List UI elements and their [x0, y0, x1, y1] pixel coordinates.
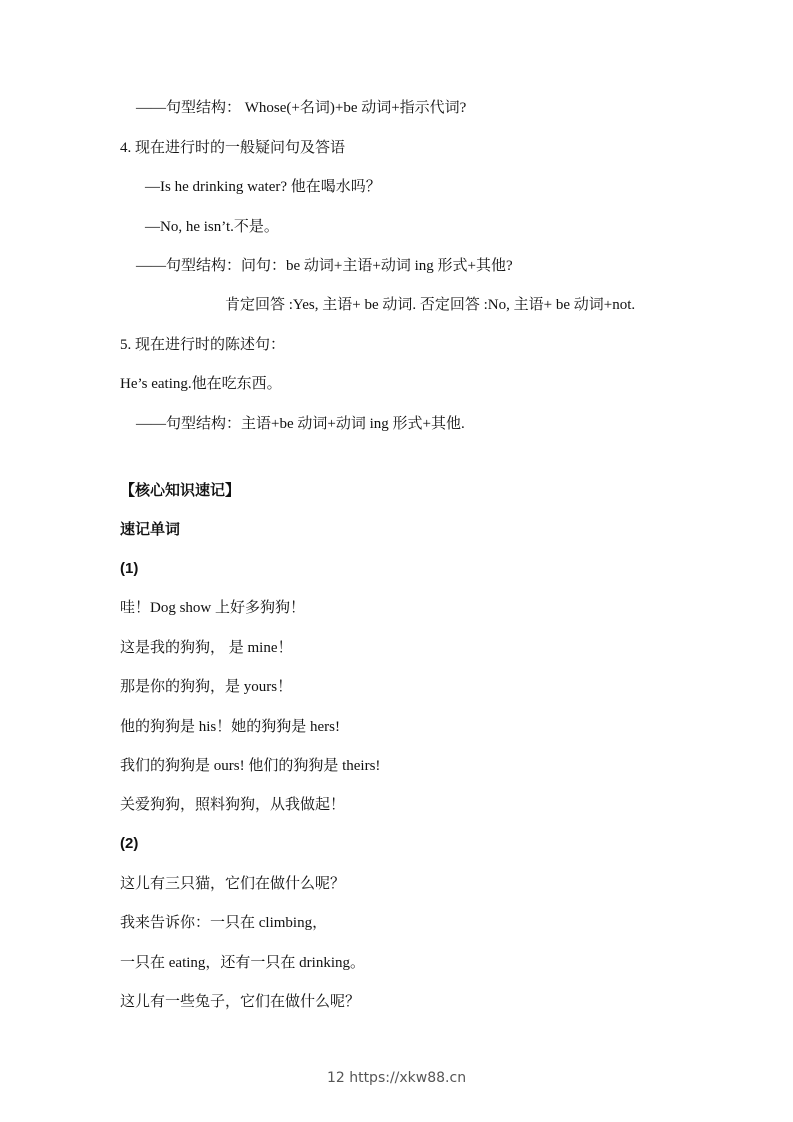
sentence-structure-statement: ——句型结构：主语+be 动词+动词 ing 形式+其他. [136, 414, 465, 434]
sentence-structure-question: ——句型结构：问句：be 动词+主语+动词 ing 形式+其他? [136, 256, 513, 276]
part-2-label: (2) [120, 834, 138, 854]
section-subheader: 速记单词 [120, 520, 180, 540]
rhyme-line: 这是我的狗狗， 是 mine！ [120, 638, 293, 658]
answer-structure: 肯定回答 :Yes, 主语+ be 动词. 否定回答 :No, 主语+ be 动… [225, 295, 635, 315]
part-1-label: (1) [120, 559, 138, 579]
rhyme-line: 关爱狗狗，照料狗狗，从我做起！ [120, 795, 345, 815]
example-question: —Is he drinking water? 他在喝水吗？ [145, 177, 381, 197]
rhyme-line: 他的狗狗是 his！她的狗狗是 hers! [120, 717, 340, 737]
heading-item-5: 5. 现在进行时的陈述句： [120, 335, 285, 355]
heading-item-4: 4. 现在进行时的一般疑问句及答语 [120, 138, 345, 158]
rhyme-line: 这儿有三只猫，它们在做什么呢？ [120, 874, 345, 894]
rhyme-line: 哇！Dog show 上好多狗狗！ [120, 598, 305, 618]
rhyme-line: 这儿有一些兔子，它们在做什么呢？ [120, 992, 360, 1012]
section-header: 【核心知识速记】 [120, 481, 240, 501]
sentence-structure-whose: ——句型结构： Whose(+名词)+be 动词+指示代词? [136, 98, 466, 118]
rhyme-line: 那是你的狗狗，是 yours！ [120, 677, 292, 697]
rhyme-line: 一只在 eating，还有一只在 drinking。 [120, 953, 365, 973]
example-statement: He’s eating.他在吃东西。 [120, 374, 282, 394]
rhyme-line: 我来告诉你：一只在 climbing， [120, 913, 327, 933]
example-answer: —No, he isn’t.不是。 [145, 217, 279, 237]
rhyme-line: 我们的狗狗是 ours! 他们的狗狗是 theirs! [120, 756, 380, 776]
page-footer: 12 https://xkw88.cn [0, 1070, 793, 1086]
